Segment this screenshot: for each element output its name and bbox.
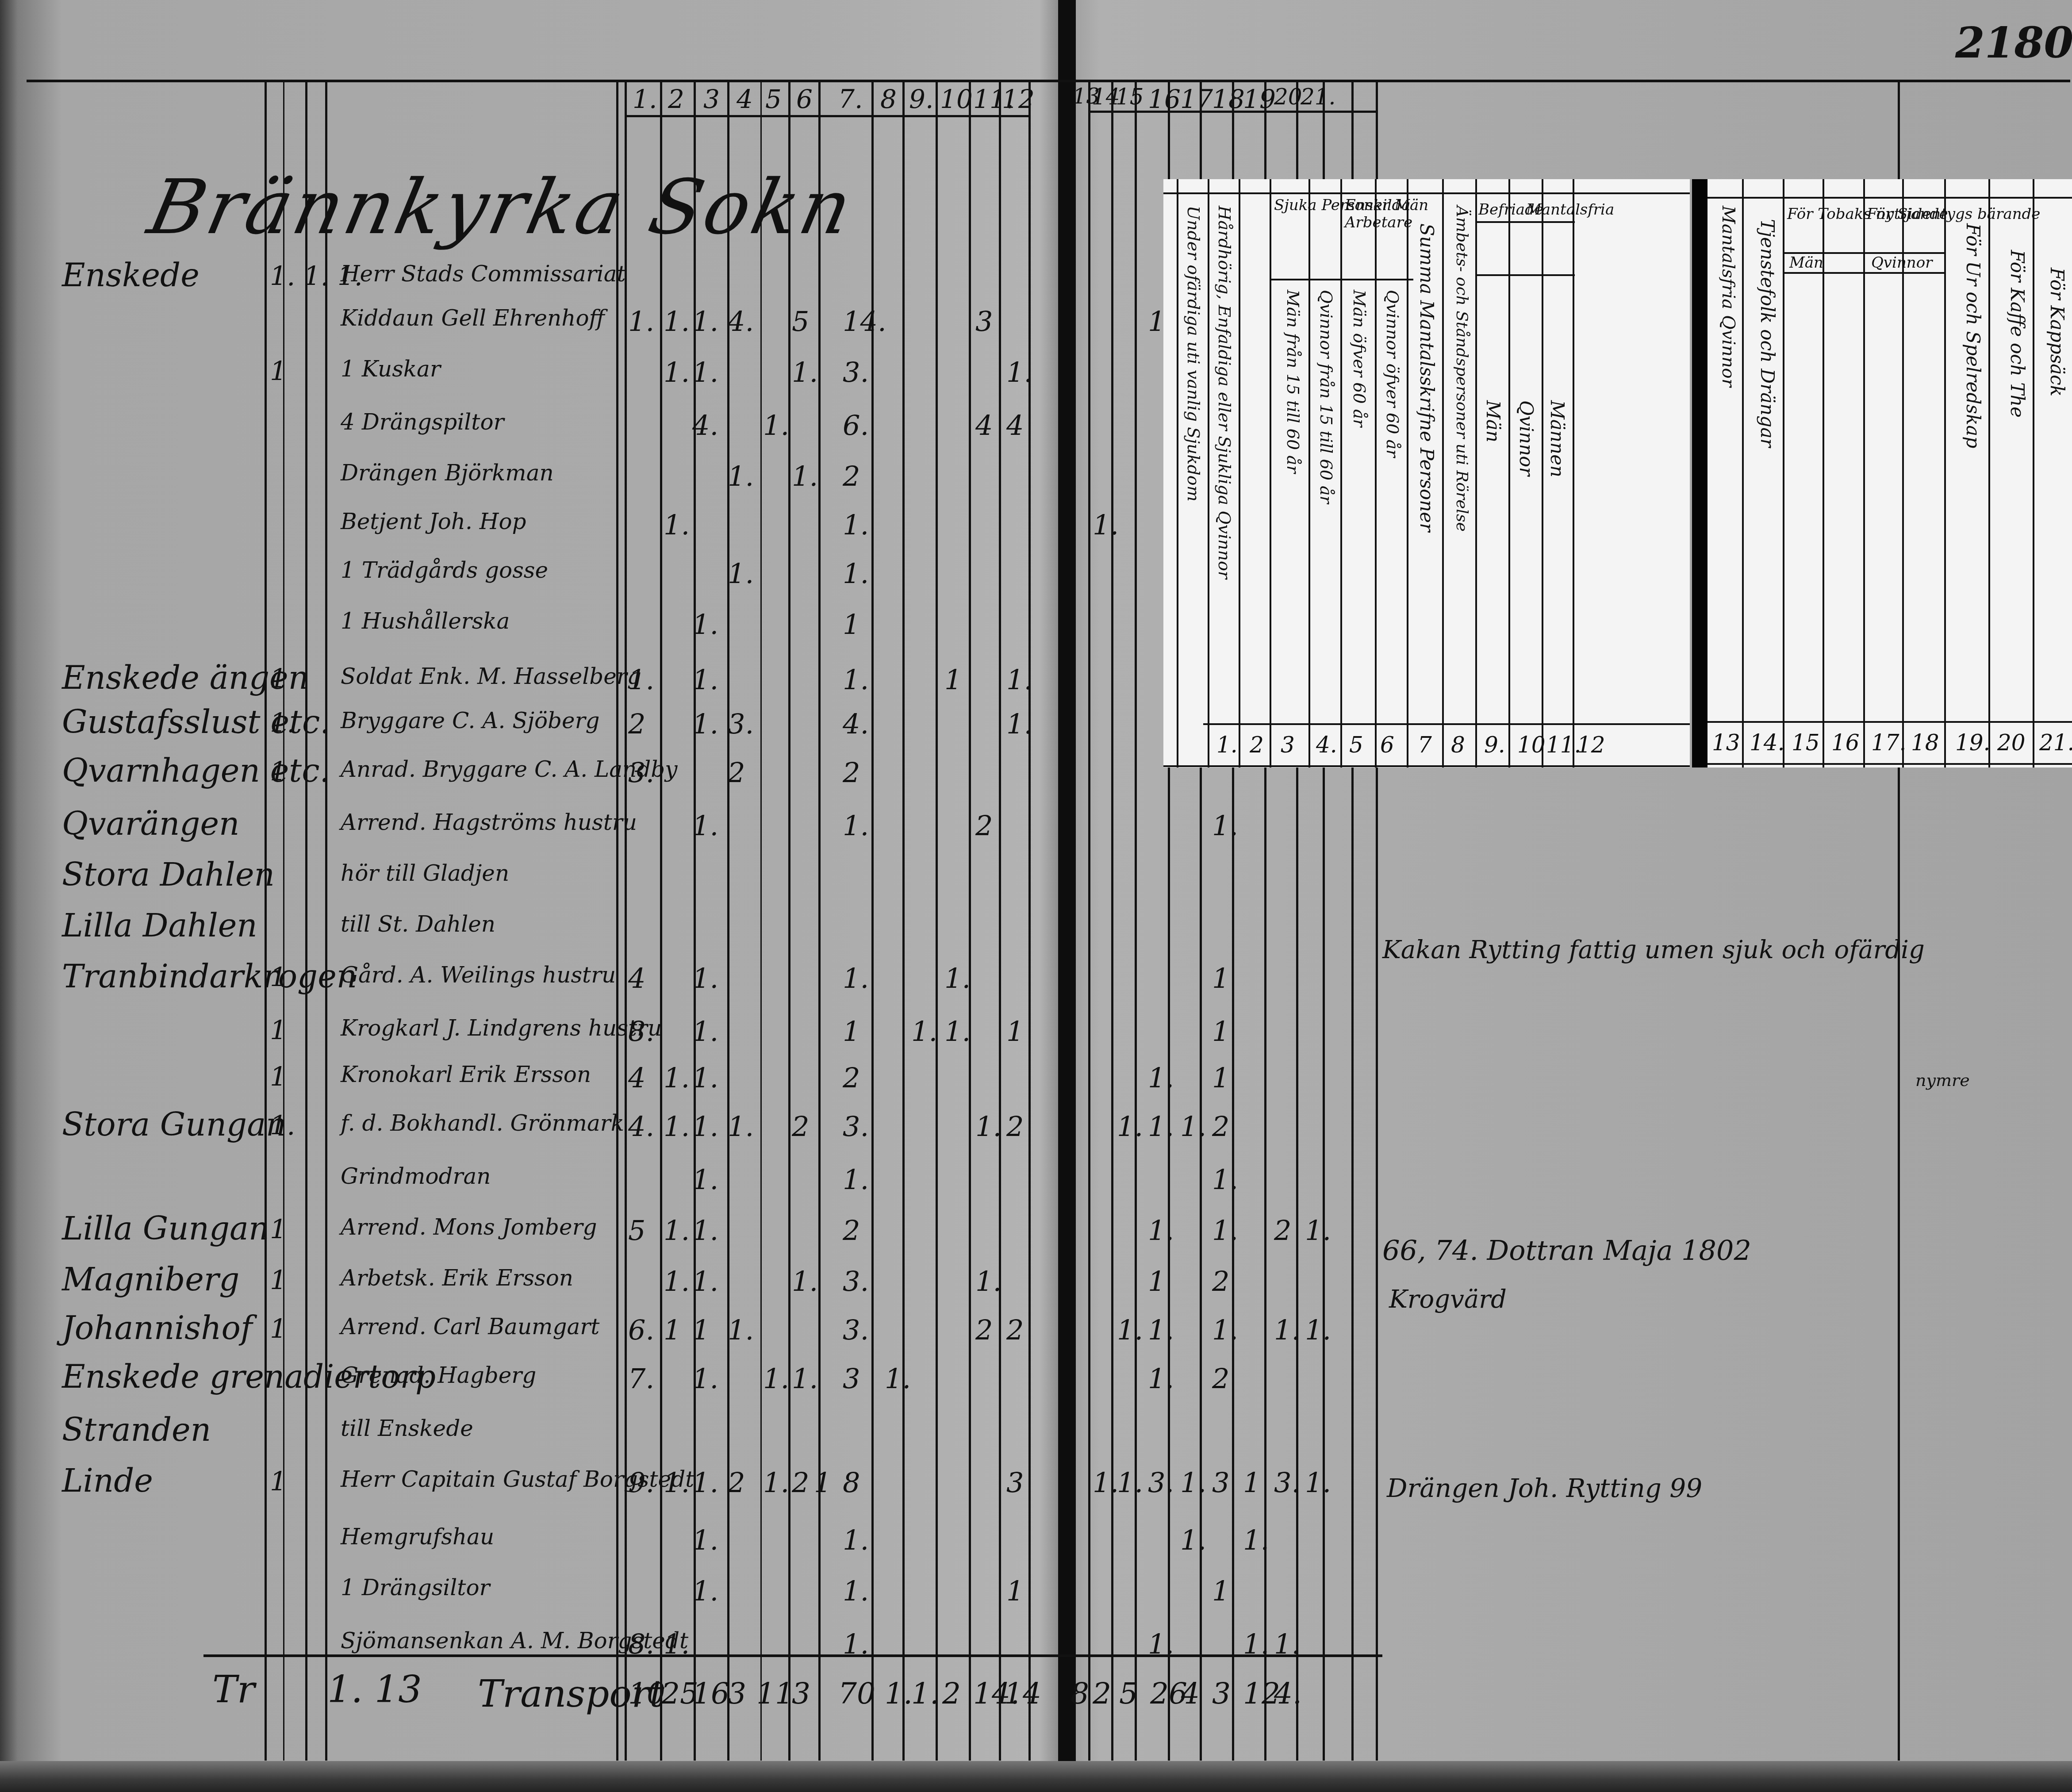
household-marks: 1: [270, 1265, 287, 1296]
value-cell: 3.: [843, 1314, 869, 1346]
rule-v: [1088, 80, 1090, 1761]
person-name: 1 Hushållerska: [341, 608, 510, 634]
overlay-col-number: 11.: [1546, 732, 1581, 758]
person-name: Arrend. Hagströms hustru: [341, 810, 637, 835]
value-cell: 1.: [1305, 1214, 1331, 1247]
col-number: 15: [1116, 84, 1144, 110]
rule-v: [936, 80, 938, 1761]
col-header: Män öfver 60 år: [1350, 290, 1369, 427]
value-cell: 1.: [1274, 1314, 1300, 1346]
person-name: Arrend. Mons Jomberg: [341, 1214, 597, 1240]
value-cell: 1.: [692, 1110, 718, 1143]
value-cell: 8.: [628, 1015, 654, 1048]
value-cell: 1.: [1006, 708, 1032, 740]
value-cell: 3.: [628, 756, 654, 789]
value-cell: 4: [628, 962, 645, 994]
col-header: För Kaffe och The: [2007, 250, 2028, 418]
value-cell: 2: [843, 1062, 860, 1094]
overlay-col-number: 14.: [1750, 730, 1785, 756]
value-cell: 2: [628, 708, 645, 740]
col-header: För Kappsäck: [2046, 268, 2068, 396]
value-cell: 4: [1006, 409, 1024, 441]
place-name: Enskede: [62, 257, 200, 294]
value-cell: 2: [1212, 1265, 1229, 1297]
value-cell: 1.: [1117, 1314, 1143, 1346]
value-cell: 1.: [975, 1265, 1001, 1297]
person-name: Kronokarl Erik Ersson: [341, 1062, 591, 1087]
margin-note: 66, 74. Dottran Maja 1802: [1382, 1234, 1751, 1266]
value-cell: 1.: [843, 664, 869, 696]
margin-note: Drängen Joh. Rytting 99: [1387, 1473, 1702, 1503]
value-cell: 2: [843, 756, 860, 789]
value-cell: 1: [843, 1015, 860, 1048]
value-cell: 1.: [1212, 1163, 1238, 1196]
person-name: Arbetsk. Erik Ersson: [341, 1265, 573, 1291]
value-cell: 2: [843, 1214, 860, 1247]
value-cell: 1.: [1006, 664, 1032, 696]
person-name: Grindmodran: [341, 1163, 491, 1189]
value-cell: 1.: [843, 962, 869, 994]
page-bottom-edge: [0, 1761, 2072, 1792]
place-name: Lilla Gungan: [62, 1210, 269, 1247]
overlay-col-number: 9.: [1484, 732, 1505, 758]
person-name: Gård. A. Weilings hustru: [341, 962, 616, 988]
value-cell: 2: [975, 1314, 993, 1346]
overlay-col-number: 8: [1451, 732, 1465, 758]
value-cell: 1.: [692, 1362, 718, 1395]
value-cell: 7.: [628, 1362, 654, 1395]
value-cell: 3: [1212, 1466, 1229, 1499]
value-cell: 9.: [628, 1466, 654, 1499]
value-cell: 3.: [843, 1265, 869, 1297]
person-name: 1 Trädgårds gosse: [341, 557, 548, 583]
value-cell: 1.: [664, 1214, 690, 1247]
col-number: 3: [703, 84, 720, 114]
value-cell: 1.: [843, 509, 869, 541]
total-cell: 5: [1119, 1677, 1138, 1711]
total-cell: 14: [1004, 1677, 1041, 1711]
value-cell: 1.: [692, 356, 718, 388]
rule-v: [818, 80, 821, 1761]
value-cell: 1.: [664, 1466, 690, 1499]
overlay-col-number: 3: [1281, 732, 1295, 758]
place-name: Stranden: [62, 1411, 211, 1448]
totals-rule: [203, 1654, 1382, 1657]
value-cell: 8: [843, 1466, 860, 1499]
rule-v: [305, 80, 307, 1761]
total-cell: 10: [628, 1677, 665, 1711]
value-cell: 1.: [1243, 1524, 1269, 1556]
value-cell: 6.: [843, 409, 869, 441]
person-name: 1 Drängsiltor: [341, 1575, 490, 1600]
group-header: Enskilda Arbetare: [1345, 197, 1411, 231]
value-cell: 1.: [664, 356, 690, 388]
col-number: 10: [940, 84, 973, 114]
col-number: 6: [796, 84, 813, 114]
col-number: 19: [1243, 84, 1276, 114]
total-cell: 16: [692, 1677, 729, 1711]
household-marks: 1: [270, 1314, 287, 1345]
value-cell: 1.: [692, 1062, 718, 1094]
value-cell: 1: [944, 664, 962, 696]
household-marks: 1: [270, 962, 287, 993]
value-cell: 3.: [843, 1110, 869, 1143]
place-name: Linde: [62, 1462, 153, 1499]
col-header: Män från 15 till 60 år: [1283, 290, 1303, 473]
rule-v: [616, 80, 618, 1761]
value-cell: 1.: [692, 1524, 718, 1556]
rule-v: [1135, 80, 1137, 1761]
col-header: Summa Mantalsskrifne Personer: [1416, 223, 1438, 532]
household-marks: 1.: [270, 708, 295, 739]
household-marks: 1.: [270, 1110, 295, 1141]
value-cell: 3: [975, 305, 993, 338]
value-cell: 1.: [692, 305, 718, 338]
overlay-col-number: 2: [1250, 732, 1264, 758]
header-overlay-right: För Tobaks nyttjande För Sidentygs bäran…: [1707, 179, 2072, 767]
col-number: 5: [765, 84, 782, 114]
total-cell: 3: [1212, 1677, 1231, 1711]
value-cell: 1.: [664, 1110, 690, 1143]
value-cell: 1.: [664, 1062, 690, 1094]
value-cell: 1.: [628, 664, 654, 696]
value-cell: 1.: [664, 1265, 690, 1297]
col-header: Under ofärdiga uti vanlig Sjukdom: [1184, 206, 1203, 502]
value-cell: 1.: [692, 1265, 718, 1297]
person-name: f. d. Bokhandl. Grönmark: [341, 1110, 624, 1136]
value-cell: 1: [1006, 1015, 1024, 1048]
value-cell: 4.: [843, 708, 869, 740]
value-cell: 1.: [692, 1575, 718, 1607]
value-cell: 4: [628, 1062, 645, 1094]
total-cell: 4.: [1274, 1677, 1302, 1711]
value-cell: 1.: [792, 460, 818, 492]
overlay-col-number: 20: [1997, 730, 2026, 756]
value-cell: 5: [628, 1214, 645, 1247]
value-cell: 1.: [843, 1575, 869, 1607]
col-number: 9.: [909, 84, 933, 114]
value-cell: 1.: [692, 1214, 718, 1247]
value-cell: 2: [728, 1466, 745, 1499]
top-rule: [27, 80, 2070, 82]
person-name: Kiddaun Gell Ehrenhoff: [341, 305, 605, 331]
colnum-rule: [625, 115, 1031, 117]
overlay-gap: [1692, 179, 1707, 767]
value-cell: 1.: [1117, 1110, 1143, 1143]
person-name: Drängen Björkman: [341, 460, 554, 486]
value-cell: 1.: [1212, 810, 1238, 842]
total-cell: 3: [728, 1677, 746, 1711]
overlay-col-number: 17.: [1871, 730, 1907, 756]
col-header: Qvinnor från 15 till 60 år: [1316, 290, 1336, 504]
value-cell: 1.: [1117, 1466, 1143, 1499]
col-header: Qvinnor öfver 60 år: [1383, 290, 1402, 457]
value-cell: 2: [792, 1110, 809, 1143]
value-cell: 1.: [664, 509, 690, 541]
overlay-col-number: 21.: [2039, 730, 2072, 756]
rule-v: [999, 80, 1001, 1761]
value-cell: 1.: [692, 1466, 718, 1499]
total-cell: 3: [792, 1677, 810, 1711]
place-name: Qvarnhagen etc.: [62, 752, 330, 789]
place-name: Stora Gungan: [62, 1106, 286, 1143]
value-cell: 1.: [1148, 1062, 1174, 1094]
col-number: 21.: [1301, 84, 1336, 110]
overlay-col-number: 5: [1349, 732, 1363, 758]
value-cell: 1.: [911, 1015, 937, 1048]
col-number: 4: [737, 84, 753, 114]
value-cell: 1.: [1212, 1314, 1238, 1346]
total-cell: 4: [1181, 1677, 1200, 1711]
total-cell: 8: [1071, 1677, 1089, 1711]
value-cell: 1.: [1305, 1314, 1331, 1346]
household-marks: 1: [270, 1214, 287, 1245]
value-cell: 1.: [728, 1110, 754, 1143]
col-header: Männen: [1546, 400, 1568, 477]
place-name: Johannishof: [62, 1309, 253, 1347]
totals-label: Tr: [212, 1668, 255, 1711]
person-name: 4 Drängspiltor: [341, 409, 504, 435]
value-cell: 1.: [692, 608, 718, 641]
col-number: 8: [880, 84, 897, 114]
col-header: Ämbets- och Ståndspersoner uti Rörelse: [1453, 206, 1471, 532]
place-name: Tranbindarkrogen: [62, 958, 357, 995]
value-cell: 1.: [728, 1314, 754, 1346]
rule-v: [1028, 80, 1031, 1761]
person-name: Arrend. Carl Baumgart: [341, 1314, 599, 1339]
person-name: 1 Kuskar: [341, 356, 441, 382]
value-cell: 1.: [728, 460, 754, 492]
page-number: 2180: [1955, 18, 2072, 68]
rule-v: [760, 80, 762, 1761]
rule-v: [1111, 80, 1113, 1761]
value-cell: 1.: [728, 557, 754, 590]
total-cell: 2: [1093, 1677, 1111, 1711]
value-cell: 3.: [728, 708, 754, 740]
person-name: Hemgrufshau: [341, 1524, 494, 1550]
value-cell: 14.: [843, 305, 886, 338]
value-cell: 4: [975, 409, 993, 441]
total-cell: 70: [838, 1677, 875, 1711]
value-cell: 5: [792, 305, 809, 338]
rule-v: [902, 80, 905, 1761]
value-cell: 1.: [763, 409, 789, 441]
subheader: Män: [1789, 254, 1823, 272]
value-cell: 1.: [843, 1524, 869, 1556]
overlay-col-number: 19.: [1955, 730, 1991, 756]
household-marks: 1: [270, 1015, 287, 1046]
total-cell: 1.: [911, 1677, 939, 1711]
col-number: 16: [1148, 84, 1181, 114]
overlay-col-number: 13: [1712, 730, 1740, 756]
person-name: Grenad. Hagberg: [341, 1362, 536, 1388]
place-name: Qvarängen: [62, 805, 239, 842]
header-overlay-left: Sjuka Personer Män Enskilda Arbetare Bef…: [1163, 179, 1690, 767]
value-cell: 1.: [1305, 1466, 1331, 1499]
rule-v: [325, 80, 327, 1761]
value-cell: 1: [843, 608, 860, 641]
value-cell: 2: [792, 1466, 809, 1499]
value-cell: 2: [1006, 1110, 1024, 1143]
person-name: Anrad. Bryggare C. A. Landby: [341, 756, 678, 782]
place-name: Lilla Dahlen: [62, 907, 257, 944]
value-cell: 1.: [1006, 356, 1032, 388]
value-cell: 1: [1212, 1015, 1229, 1048]
margin-note: nymre: [1915, 1071, 1970, 1090]
value-cell: 1.: [1148, 1214, 1174, 1247]
group-header: För Sidentygs bärande: [1867, 206, 2040, 223]
col-number: 12: [1002, 84, 1035, 114]
overlay-col-number: 7: [1418, 732, 1432, 758]
value-cell: 1.: [664, 305, 690, 338]
value-cell: 1.: [1180, 1466, 1206, 1499]
overlay-col-number: 10: [1517, 732, 1546, 758]
col-number: 7.: [838, 84, 863, 114]
value-cell: 3.: [843, 356, 869, 388]
value-cell: 1.: [792, 1265, 818, 1297]
value-cell: 4.: [692, 409, 718, 441]
person-name: till St. Dahlen: [341, 911, 495, 937]
household-marks: 1: [270, 356, 287, 387]
value-cell: 2: [1212, 1110, 1229, 1143]
value-cell: 1.: [628, 305, 654, 338]
value-cell: 1.: [1093, 509, 1119, 541]
overlay-col-number: 4.: [1316, 732, 1337, 758]
person-name: Soldat Enk. M. Hasselberg: [341, 664, 641, 689]
col-number: 17: [1180, 84, 1213, 114]
value-cell: 1.: [692, 1015, 718, 1048]
value-cell: 1.: [1212, 1214, 1238, 1247]
value-cell: 1: [1243, 1466, 1260, 1499]
subheader: Qvinnor: [1871, 254, 1932, 272]
value-cell: 1.: [792, 1362, 818, 1395]
rule-v: [265, 80, 267, 1761]
household-marks: 1: [270, 664, 287, 695]
overlay-col-number: 16: [1831, 730, 1860, 756]
book-gutter: [1058, 0, 1076, 1792]
note-text: Kakan Rytting fattig umen sjuk och ofärd…: [1382, 931, 1925, 970]
value-cell: 1.: [843, 1163, 869, 1196]
value-cell: 1.: [885, 1362, 911, 1395]
margin-note: Krogvärd: [1389, 1285, 1507, 1314]
value-cell: 1.: [944, 1015, 971, 1048]
value-cell: 2: [728, 756, 745, 789]
value-cell: 2: [975, 810, 993, 842]
value-cell: 1.: [692, 708, 718, 740]
overlay-col-number: 6: [1380, 732, 1394, 758]
person-name: Krogkarl J. Lindgrens hustru: [341, 1015, 662, 1041]
value-cell: 2: [1274, 1214, 1291, 1247]
value-cell: 1.: [692, 962, 718, 994]
col-header: Qvinnor: [1516, 400, 1537, 476]
value-cell: 4.: [628, 1110, 654, 1143]
margin-note: Kakan Rytting fattig umen sjuk och ofärd…: [1382, 931, 1925, 970]
value-cell: 3: [1006, 1466, 1024, 1499]
value-cell: 1: [1006, 1575, 1024, 1607]
value-cell: 4.: [728, 305, 754, 338]
value-cell: 1.: [792, 356, 818, 388]
value-cell: 1.: [692, 664, 718, 696]
col-header: Tjenstefolk och Drängar: [1757, 219, 1778, 447]
household-marks: 1: [270, 1062, 287, 1093]
col-header: Män: [1482, 400, 1504, 442]
col-number: 2: [668, 84, 684, 114]
col-header: För Ur och Spelredskap: [1962, 223, 1984, 448]
value-cell: 1: [692, 1314, 710, 1346]
place-name: Magniberg: [62, 1261, 239, 1298]
value-cell: 1.: [1148, 1314, 1174, 1346]
value-cell: 1: [1212, 1062, 1229, 1094]
value-cell: 2: [1006, 1314, 1024, 1346]
totals-marks: 1. 13: [327, 1668, 422, 1711]
total-cell: 11: [756, 1677, 794, 1711]
person-name: till Enskede: [341, 1416, 473, 1441]
value-cell: 1.: [1180, 1110, 1206, 1143]
value-cell: 1.: [843, 557, 869, 590]
household-marks: 1: [270, 756, 287, 787]
value-cell: 1: [1212, 1575, 1229, 1607]
col-header: Hårdhörig, Enfaldiga eller Sjukliga Qvin…: [1215, 206, 1234, 579]
value-cell: 1: [1148, 1265, 1165, 1297]
overlay-col-number: 12: [1577, 732, 1605, 758]
value-cell: 3.: [1274, 1466, 1300, 1499]
value-cell: 1.: [692, 810, 718, 842]
rule-v: [788, 80, 790, 1761]
value-cell: 1.: [692, 1163, 718, 1196]
rule-v: [283, 80, 284, 1761]
household-marks: 1: [270, 1466, 287, 1497]
value-cell: 1: [1212, 962, 1229, 994]
value-cell: 1.: [1148, 1110, 1174, 1143]
value-cell: 1.: [1180, 1524, 1206, 1556]
place-name: Stora Dahlen: [62, 856, 275, 893]
value-cell: 2: [1212, 1362, 1229, 1395]
col-number: 18: [1212, 84, 1245, 114]
value-cell: 1.: [763, 1362, 789, 1395]
group-header: Mantalsfria: [1526, 201, 1614, 219]
col-number: 1.: [633, 84, 657, 114]
total-cell: 2: [942, 1677, 961, 1711]
col-number: 20: [1274, 84, 1302, 110]
overlay-col-number: 18: [1911, 730, 1939, 756]
rule-v: [625, 80, 627, 1761]
value-cell: 2: [843, 460, 860, 492]
overlay-col-number: 1.: [1216, 732, 1238, 758]
value-cell: 6.: [628, 1314, 654, 1346]
value-cell: 1.: [975, 1110, 1001, 1143]
value-cell: 1.: [843, 810, 869, 842]
rule-v: [660, 80, 662, 1761]
col-header: Mantalsfria Qvinnor: [1718, 206, 1738, 387]
value-cell: 1.: [1148, 1362, 1174, 1395]
person-name: hör till Gladjen: [341, 860, 509, 886]
person-name: Betjent Joh. Hop: [341, 509, 526, 534]
value-cell: 3.: [1148, 1466, 1174, 1499]
person-name: Herr Stads Commissariat: [341, 261, 626, 287]
value-cell: 1.: [1093, 1466, 1119, 1499]
value-cell: 3: [843, 1362, 860, 1395]
parish-title: Brännkyrka Sokn: [141, 164, 862, 251]
rule-v: [969, 80, 971, 1761]
value-cell: 1.: [944, 962, 971, 994]
value-cell: 1: [664, 1314, 681, 1346]
value-cell: 1.: [763, 1466, 789, 1499]
overlay-col-number: 15: [1792, 730, 1820, 756]
person-name: Bryggare C. A. Sjöberg: [341, 708, 600, 733]
value-cell: 1: [814, 1466, 831, 1499]
total-cell: 1.: [885, 1677, 913, 1711]
